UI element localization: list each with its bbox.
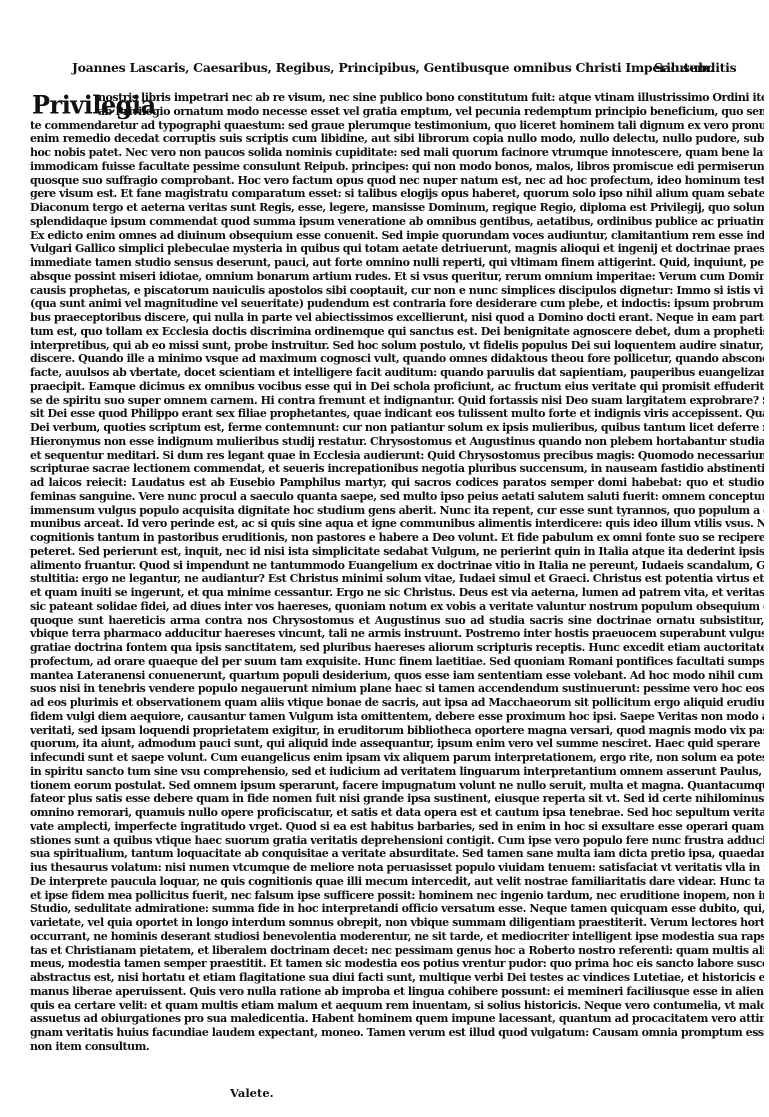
text-line: absque possint miseri idiotae, omnium bo… [30,270,764,284]
text-line: suos nisi in tenebris vendere populo neg… [30,682,764,696]
dedication-heading: Joannes Lascaris, Caesaribus, Regibus, P… [72,60,752,75]
text-line: Vulgari Gallico simplici plebeculae myst… [30,242,764,256]
text-line: manus liberae aperuissent. Quis vero nul… [30,985,764,999]
text-line: infecundi sunt et saepe volunt. Cum euan… [30,751,764,765]
text-line: munibus arceat. Id vero perinde est, ac … [30,517,764,531]
text-line: ad eos plurimis et observationem quam al… [30,696,764,710]
text-line: splendidaque ipsum commendat quod summa … [30,215,764,229]
text-line: sua spiritualium, tantum loquacitate ab … [30,847,764,861]
text-line: causis prophetas, e piscatorum nauiculis… [30,284,764,298]
text-line: ius thesaurus volatum: nisi numen vtcumq… [30,861,764,875]
text-line: ab Privilegio ornatum modo necesse esset… [30,105,764,119]
closing-valete: Valete. [230,1086,274,1100]
text-line: peteret. Sed perierunt est, inquit, nec … [30,545,764,559]
text-line: varietate, vel quia oportet in longo int… [30,916,764,930]
text-line: bus praeceptoribus discere, qui nulla in… [30,311,764,325]
text-line: immediate tamen studio sensus deserunt, … [30,256,764,270]
body-text: nostris libris impetrari nec ab re visum… [30,91,764,1054]
document-page: Joannes Lascaris, Caesaribus, Regibus, P… [0,0,769,1117]
dedication-salutation: Salutem. [654,60,714,75]
text-line: occurrant, ne hominis deserant studiosi … [30,930,764,944]
text-line: quosque suo suffragio comprobant. Hoc ve… [30,174,764,188]
text-line: (qua sunt animi vel magnitudine vel seue… [30,297,764,311]
text-line: veritati, sed ipsam loquendi proprietate… [30,724,764,738]
text-line: tionem eorum postulat. Sed omnem ipsum s… [30,779,764,793]
text-line: abstractus est, nisi hortatu et etiam fl… [30,971,764,985]
text-line: in spiritu sancto tum sine vsu comprehen… [30,765,764,779]
text-line: te commendaretur ad typographi quaestum:… [30,119,764,133]
text-line: interpretibus, qui ab eo missi sunt, pro… [30,339,764,353]
text-line: Dei verbum, quoties scriptum est, ferme … [30,421,764,435]
dedication-address: Joannes Lascaris, Caesaribus, Regibus, P… [72,60,736,75]
text-line: mantea Lateranensi conuenerunt, quartum … [30,669,764,683]
text-line: quis ea certare velit: et quam multis et… [30,999,764,1013]
text-line: gratiae doctrina fontem qua ipsis sancti… [30,641,764,655]
text-line: stultitia: ergo ne legantur, ne audiantu… [30,572,764,586]
text-line: quorum, ita aiunt, admodum pauci sunt, q… [30,737,764,751]
text-line: vate amplecti, imperfecte ingratitudo vr… [30,820,764,834]
text-line: alimento fruantur. Quod si impendunt ne … [30,559,764,573]
text-line: Diaconum tergo et aeterna veritas sunt R… [30,201,764,215]
text-line: facte, auulsos ab vbertate, docet scient… [30,366,764,380]
text-line: hoc nobis patet. Nec vero non paucos sol… [30,146,764,160]
text-line: discere. Quando ille a minimo vsque ad m… [30,352,764,366]
text-line: profectum, ad orare quaeque del per suum… [30,655,764,669]
text-line: ad laicos reiecit: Laudatus est ab Euseb… [30,476,764,490]
text-line: quoque sunt haereticis arma contra nos C… [30,614,764,628]
text-line: gere visum est. Et fane magistratu compa… [30,187,764,201]
text-line: feminas sanguine. Vere nunc procul a sae… [30,490,764,504]
text-line: Hieronymus non esse indignum mulieribus … [30,435,764,449]
text-line: omnino remorari, quamuis nullo opere pro… [30,806,764,820]
text-line: se de spiritu suo super omnem carnem. Hi… [30,394,764,408]
text-line: Ex edicto enim omnes ad diuinum obsequiu… [30,229,764,243]
text-line: vbique terra pharmaco adducitur haereses… [30,627,764,641]
text-line: fidem vulgi diem aequiore, causantur tam… [30,710,764,724]
text-line: assuetus ad obiurgationes pro sua maledi… [30,1012,764,1026]
text-line: et ipse fidem mea pollicitus fuerit, nec… [30,889,764,903]
text-line: scripturae sacrae lectionem commendat, e… [30,462,764,476]
text-line: immensum vulgus populo acquisita dignita… [30,504,764,518]
text-line: fateor plus satis esse debere quam in fi… [30,792,764,806]
text-line: tum est, quo tollam ex Ecclesia doctis d… [30,325,764,339]
text-line: sic pateant solidae fidei, ad diues inte… [30,600,764,614]
text-line: et sequentur meditari. Si dum res legant… [30,449,764,463]
text-line: enim remedio decedat corruptis suis scri… [30,132,764,146]
text-line: stiones sunt a quibus vtique haec suorum… [30,834,764,848]
text-line: et quam inuiti se ingerunt, et qua minim… [30,586,764,600]
text-line: non item consultum. [30,1040,764,1054]
text-line: tas et Christianam pietatem, et liberale… [30,944,764,958]
text-line: De interprete paucula loquar, ne quis co… [30,875,764,889]
text-line: nostris libris impetrari nec ab re visum… [30,91,764,105]
text-line: gnam veritatis huius facundiae laudem ex… [30,1026,764,1040]
text-line: Studio, sedulitate admiratione: summa fi… [30,902,764,916]
text-line: praecipit. Eamque dicimus ex omnibus voc… [30,380,764,394]
text-line: meus, modestia tamen semper praestitit. … [30,957,764,971]
text-line: cognitionis tantum in pastoribus eruditi… [30,531,764,545]
text-line: immodicam fuisse facultate pessime consu… [30,160,764,174]
text-line: sit Dei esse quod Philippo erant sex fil… [30,407,764,421]
